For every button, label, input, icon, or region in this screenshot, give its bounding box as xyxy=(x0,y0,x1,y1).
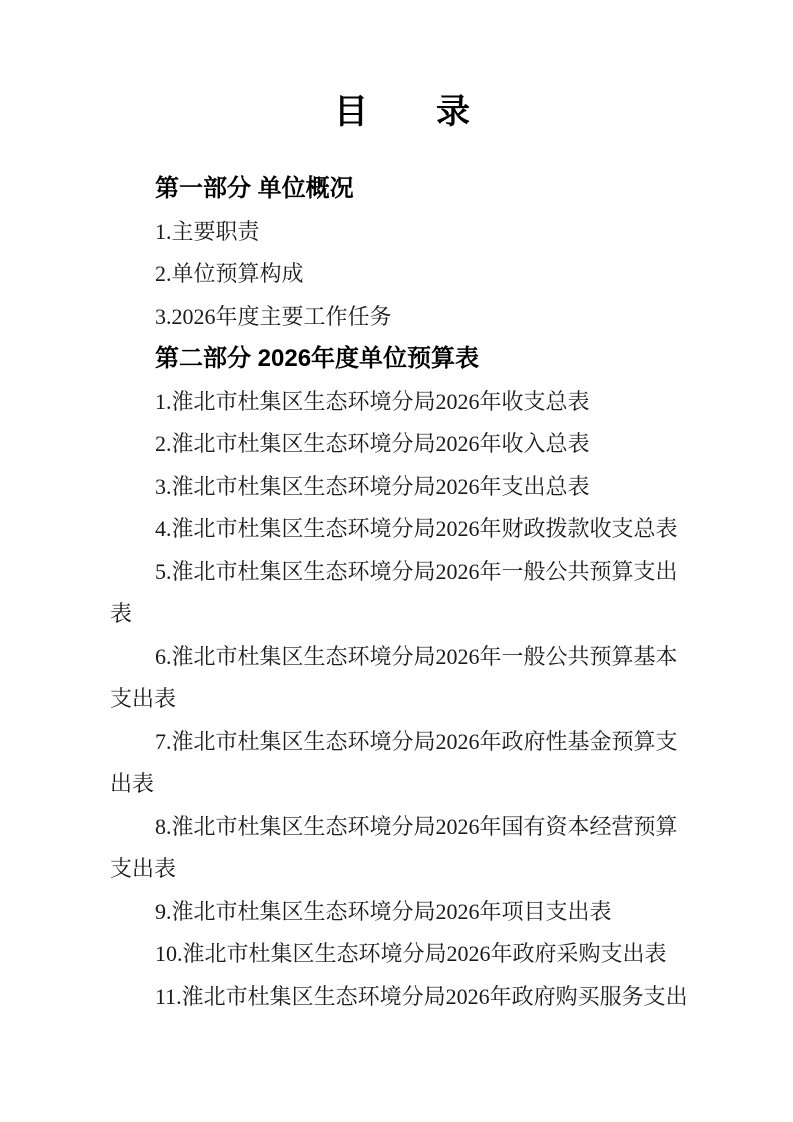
toc-item: 10.淮北市杜集区生态环境分局2026年政府采购支出表 xyxy=(110,933,694,976)
document-page: 目 录 第一部分 单位概况 1.主要职责 2.单位预算构成 3.2026年度主要… xyxy=(0,0,793,1122)
section-heading: 第二部分 2026年度单位预算表 xyxy=(110,338,694,381)
toc-item: 1.淮北市杜集区生态环境分局2026年收支总表 xyxy=(110,381,694,424)
toc-item: 9.淮北市杜集区生态环境分局2026年项目支出表 xyxy=(110,891,694,934)
toc-section-budget-tables: 第二部分 2026年度单位预算表 1.淮北市杜集区生态环境分局2026年收支总表… xyxy=(110,338,694,1018)
toc-item: 11.淮北市杜集区生态环境分局2026年政府购买服务支出 xyxy=(110,976,694,1019)
toc-item: 3.淮北市杜集区生态环境分局2026年支出总表 xyxy=(110,466,694,509)
toc-item: 2.淮北市杜集区生态环境分局2026年收入总表 xyxy=(110,423,694,466)
toc-section-unit-overview: 第一部分 单位概况 1.主要职责 2.单位预算构成 3.2026年度主要工作任务 xyxy=(110,168,694,338)
toc-item: 1.主要职责 xyxy=(110,211,694,254)
toc-item: 7.淮北市杜集区生态环境分局2026年政府性基金预算支出表 xyxy=(110,721,694,806)
toc-item: 5.淮北市杜集区生态环境分局2026年一般公共预算支出表 xyxy=(110,551,694,636)
page-title: 目 录 xyxy=(110,86,694,138)
table-of-contents: 目 录 第一部分 单位概况 1.主要职责 2.单位预算构成 3.2026年度主要… xyxy=(110,0,694,1018)
toc-item: 2.单位预算构成 xyxy=(110,253,694,296)
toc-item: 6.淮北市杜集区生态环境分局2026年一般公共预算基本支出表 xyxy=(110,636,694,721)
toc-item: 3.2026年度主要工作任务 xyxy=(110,296,694,339)
toc-item: 4.淮北市杜集区生态环境分局2026年财政拨款收支总表 xyxy=(110,508,694,551)
section-heading: 第一部分 单位概况 xyxy=(110,168,694,211)
toc-item: 8.淮北市杜集区生态环境分局2026年国有资本经营预算支出表 xyxy=(110,806,694,891)
